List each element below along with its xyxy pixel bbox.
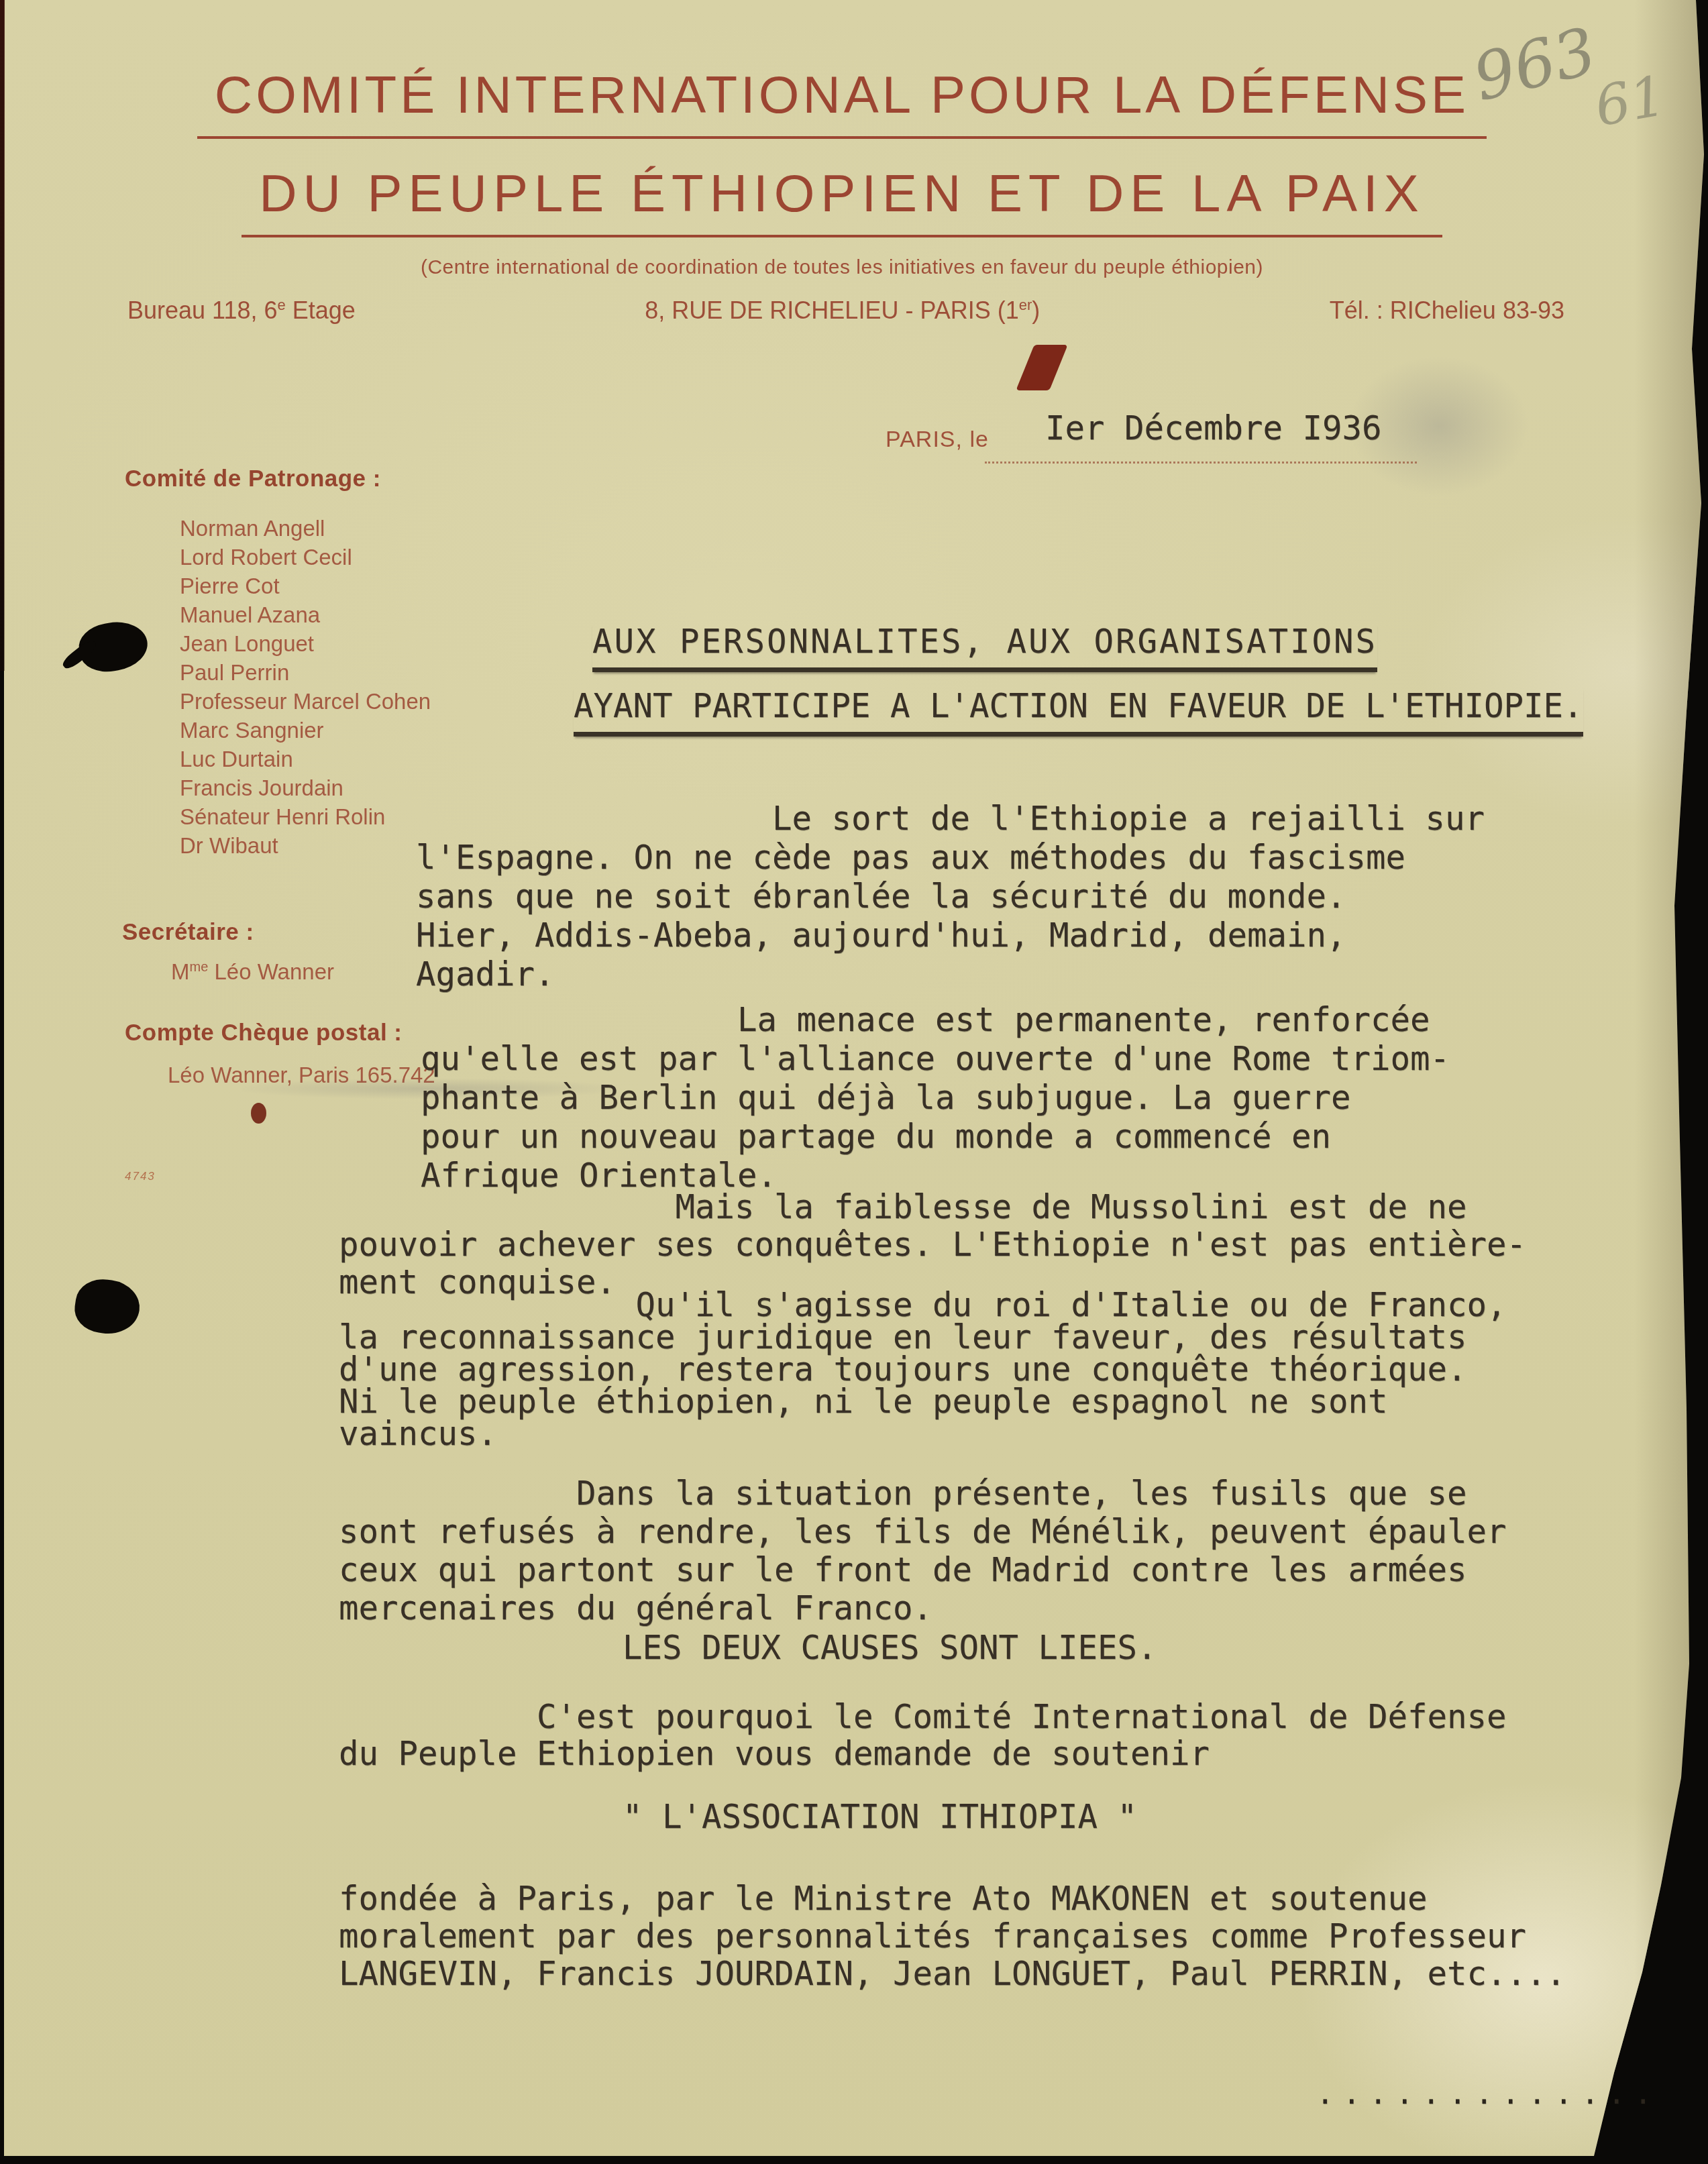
scan-edge-shadow (0, 0, 5, 671)
letterhead: COMITÉ INTERNATIONAL POUR LA DÉFENSE DU … (161, 64, 1523, 279)
letter-heading-line-2: AYANT PARTICIPE A L'ACTION EN FAVEUR DE … (574, 687, 1583, 737)
paragraph-1: Le sort de l'Ethiopie a rejailli sur l'E… (416, 800, 1485, 994)
pencil-annotation-2: 61 (1591, 64, 1670, 140)
patronage-name: Manuel Azana (180, 600, 431, 629)
org-subtitle: (Centre international de coordination de… (161, 256, 1523, 279)
patronage-title: Comité de Patronage : (125, 466, 381, 492)
paragraph-3: Mais la faiblesse de Mussolini est de ne… (339, 1189, 1526, 1301)
printer-code: 4743 (125, 1170, 156, 1183)
patronage-name: Pierre Cot (180, 572, 431, 600)
patronage-name: Francis Jourdain (180, 773, 431, 802)
letterhead-address-row: Bureau 118, 6e Etage 8, RUE DE RICHELIEU… (127, 296, 1564, 325)
paragraph-4: Qu'il s'agisse du roi d'Italie ou de Fra… (339, 1289, 1507, 1450)
ink-dot (251, 1103, 266, 1124)
paragraph-5: Dans la situation présente, les fusils q… (339, 1474, 1507, 1627)
secretary-title: Secrétaire : (122, 919, 254, 946)
patronage-name: Dr Wibaut (180, 831, 431, 860)
letter-heading-line-1: AUX PERSONNALITES, AUX ORGANISATIONS (592, 623, 1377, 672)
paragraph-2: La menace est permanente, renforcée qu'e… (421, 1001, 1450, 1195)
typed-dots-row: ............. (1316, 2077, 1660, 2111)
dateline-dotted-rule (985, 445, 1417, 464)
org-title-line-1: COMITÉ INTERNATIONAL POUR LA DÉFENSE (197, 64, 1487, 139)
dateline-printed: PARIS, le (886, 427, 989, 453)
patronage-name: Norman Angell (180, 514, 431, 543)
patronage-name: Professeur Marcel Cohen (180, 687, 431, 716)
paragraph-7: fondée à Paris, par le Ministre Ato MAKO… (339, 1880, 1566, 1993)
patronage-name: Paul Perrin (180, 658, 431, 687)
scanned-letter-page: { "header": { "title_line1": "COMITÉ INT… (0, 0, 1708, 2164)
org-title-line-2: DU PEUPLE ÉTHIOPIEN ET DE LA PAIX (242, 163, 1442, 237)
patronage-list: Norman Angell Lord Robert Cecil Pierre C… (180, 514, 431, 860)
paragraph-6: C'est pourquoi le Comité International d… (339, 1698, 1507, 1772)
patronage-name: Lord Robert Cecil (180, 543, 431, 572)
patronage-name: Jean Longuet (180, 629, 431, 658)
patronage-name: Luc Durtain (180, 745, 431, 773)
secretary-name: Mme Léo Wanner (171, 959, 334, 985)
patronage-name: Sénateur Henri Rolin (180, 802, 431, 831)
association-name: " L'ASSOCIATION ITHIOPIA " (623, 1798, 1137, 1836)
bureau-label: Bureau 118, 6e Etage (127, 296, 356, 325)
patronage-name: Marc Sangnier (180, 716, 431, 745)
street-address: 8, RUE DE RICHELIEU - PARIS (1er) (645, 296, 1040, 325)
postal-account-title: Compte Chèque postal : (125, 1020, 403, 1046)
phone-number: Tél. : RIChelieu 83-93 (1330, 296, 1564, 325)
centered-slogan: LES DEUX CAUSES SONT LIEES. (623, 1629, 1157, 1667)
dateline-typed-date: Ier Décembre I936 (1045, 409, 1382, 447)
